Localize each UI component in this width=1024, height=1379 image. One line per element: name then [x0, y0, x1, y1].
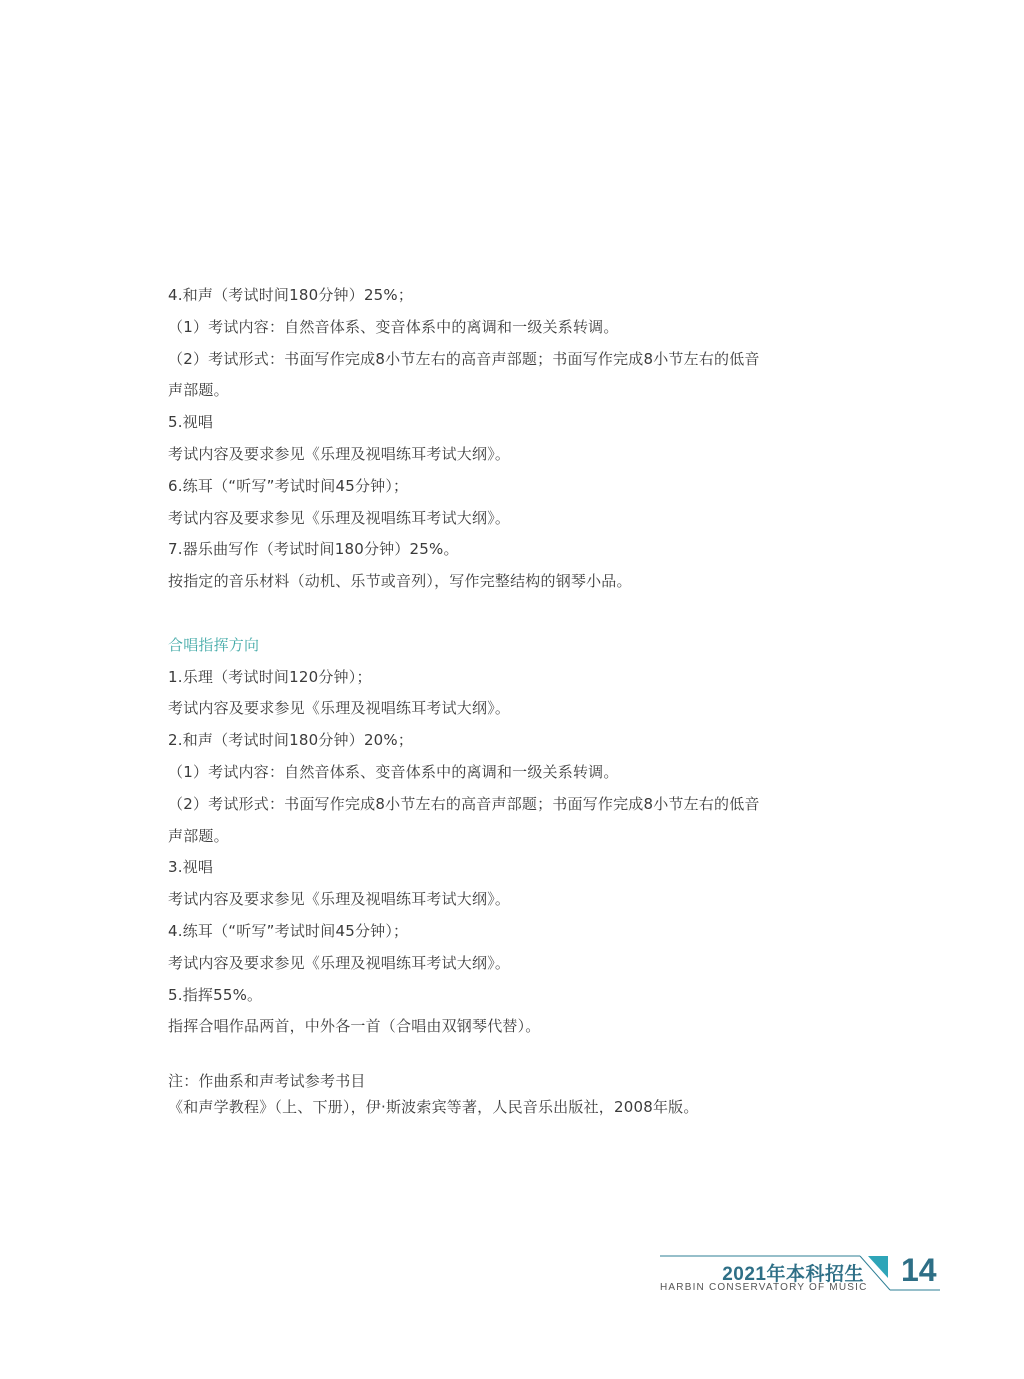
text-line: 5.指挥55%。 — [168, 980, 848, 1012]
text-line: 指挥合唱作品两首，中外各一首（合唱由双钢琴代替）。 — [168, 1011, 848, 1043]
text-line: （2）考试形式：书面写作完成8小节左右的高音声部题；书面写作完成8小节左右的低音 — [168, 344, 848, 376]
text-line: 1.乐理（考试时间120分钟）； — [168, 662, 848, 694]
text-line: （2）考试形式：书面写作完成8小节左右的高音声部题；书面写作完成8小节左右的低音 — [168, 789, 848, 821]
page-number: 14 — [901, 1252, 937, 1289]
notes-reference: 《和声学教程》（上、下册），伊·斯波索宾等著，人民音乐出版社，2008年版。 — [168, 1094, 868, 1120]
page-footer: 2021年本科招生 HARBIN CONSERVATORY OF MUSIC 1… — [650, 1250, 950, 1300]
section-spacer — [168, 598, 848, 630]
text-line: （1）考试内容：自然音体系、变音体系中的离调和一级关系转调。 — [168, 757, 848, 789]
text-line: 考试内容及要求参见《乐理及视唱练耳考试大纲》。 — [168, 503, 848, 535]
text-line: 考试内容及要求参见《乐理及视唱练耳考试大纲》。 — [168, 884, 848, 916]
text-line: 2.和声（考试时间180分钟）20%； — [168, 725, 848, 757]
notes-title: 注：作曲系和声考试参考书目 — [168, 1068, 868, 1094]
text-line: 3.视唱 — [168, 852, 848, 884]
text-line: 4.练耳（“听写”考试时间45分钟）； — [168, 916, 848, 948]
text-line: 按指定的音乐材料（动机、乐节或音列），写作完整结构的钢琴小品。 — [168, 566, 848, 598]
notes-section: 注：作曲系和声考试参考书目 《和声学教程》（上、下册），伊·斯波索宾等著，人民音… — [168, 1068, 868, 1120]
text-line: 声部题。 — [168, 821, 848, 853]
main-content: 4.和声（考试时间180分钟）25%； （1）考试内容：自然音体系、变音体系中的… — [168, 280, 848, 1043]
text-line: 考试内容及要求参见《乐理及视唱练耳考试大纲》。 — [168, 439, 848, 471]
section-heading: 合唱指挥方向 — [168, 630, 848, 662]
text-line: 考试内容及要求参见《乐理及视唱练耳考试大纲》。 — [168, 693, 848, 725]
choral-conducting-section: 合唱指挥方向 1.乐理（考试时间120分钟）； 考试内容及要求参见《乐理及视唱练… — [168, 630, 848, 1043]
text-line: 7.器乐曲写作（考试时间180分钟）25%。 — [168, 534, 848, 566]
text-line: 4.和声（考试时间180分钟）25%； — [168, 280, 848, 312]
text-line: 6.练耳（“听写”考试时间45分钟）； — [168, 471, 848, 503]
text-line: 考试内容及要求参见《乐理及视唱练耳考试大纲》。 — [168, 948, 848, 980]
text-line: 声部题。 — [168, 375, 848, 407]
footer-subtitle: HARBIN CONSERVATORY OF MUSIC — [660, 1282, 868, 1293]
text-line: 5.视唱 — [168, 407, 848, 439]
composition-section: 4.和声（考试时间180分钟）25%； （1）考试内容：自然音体系、变音体系中的… — [168, 280, 848, 598]
text-line: （1）考试内容：自然音体系、变音体系中的离调和一级关系转调。 — [168, 312, 848, 344]
